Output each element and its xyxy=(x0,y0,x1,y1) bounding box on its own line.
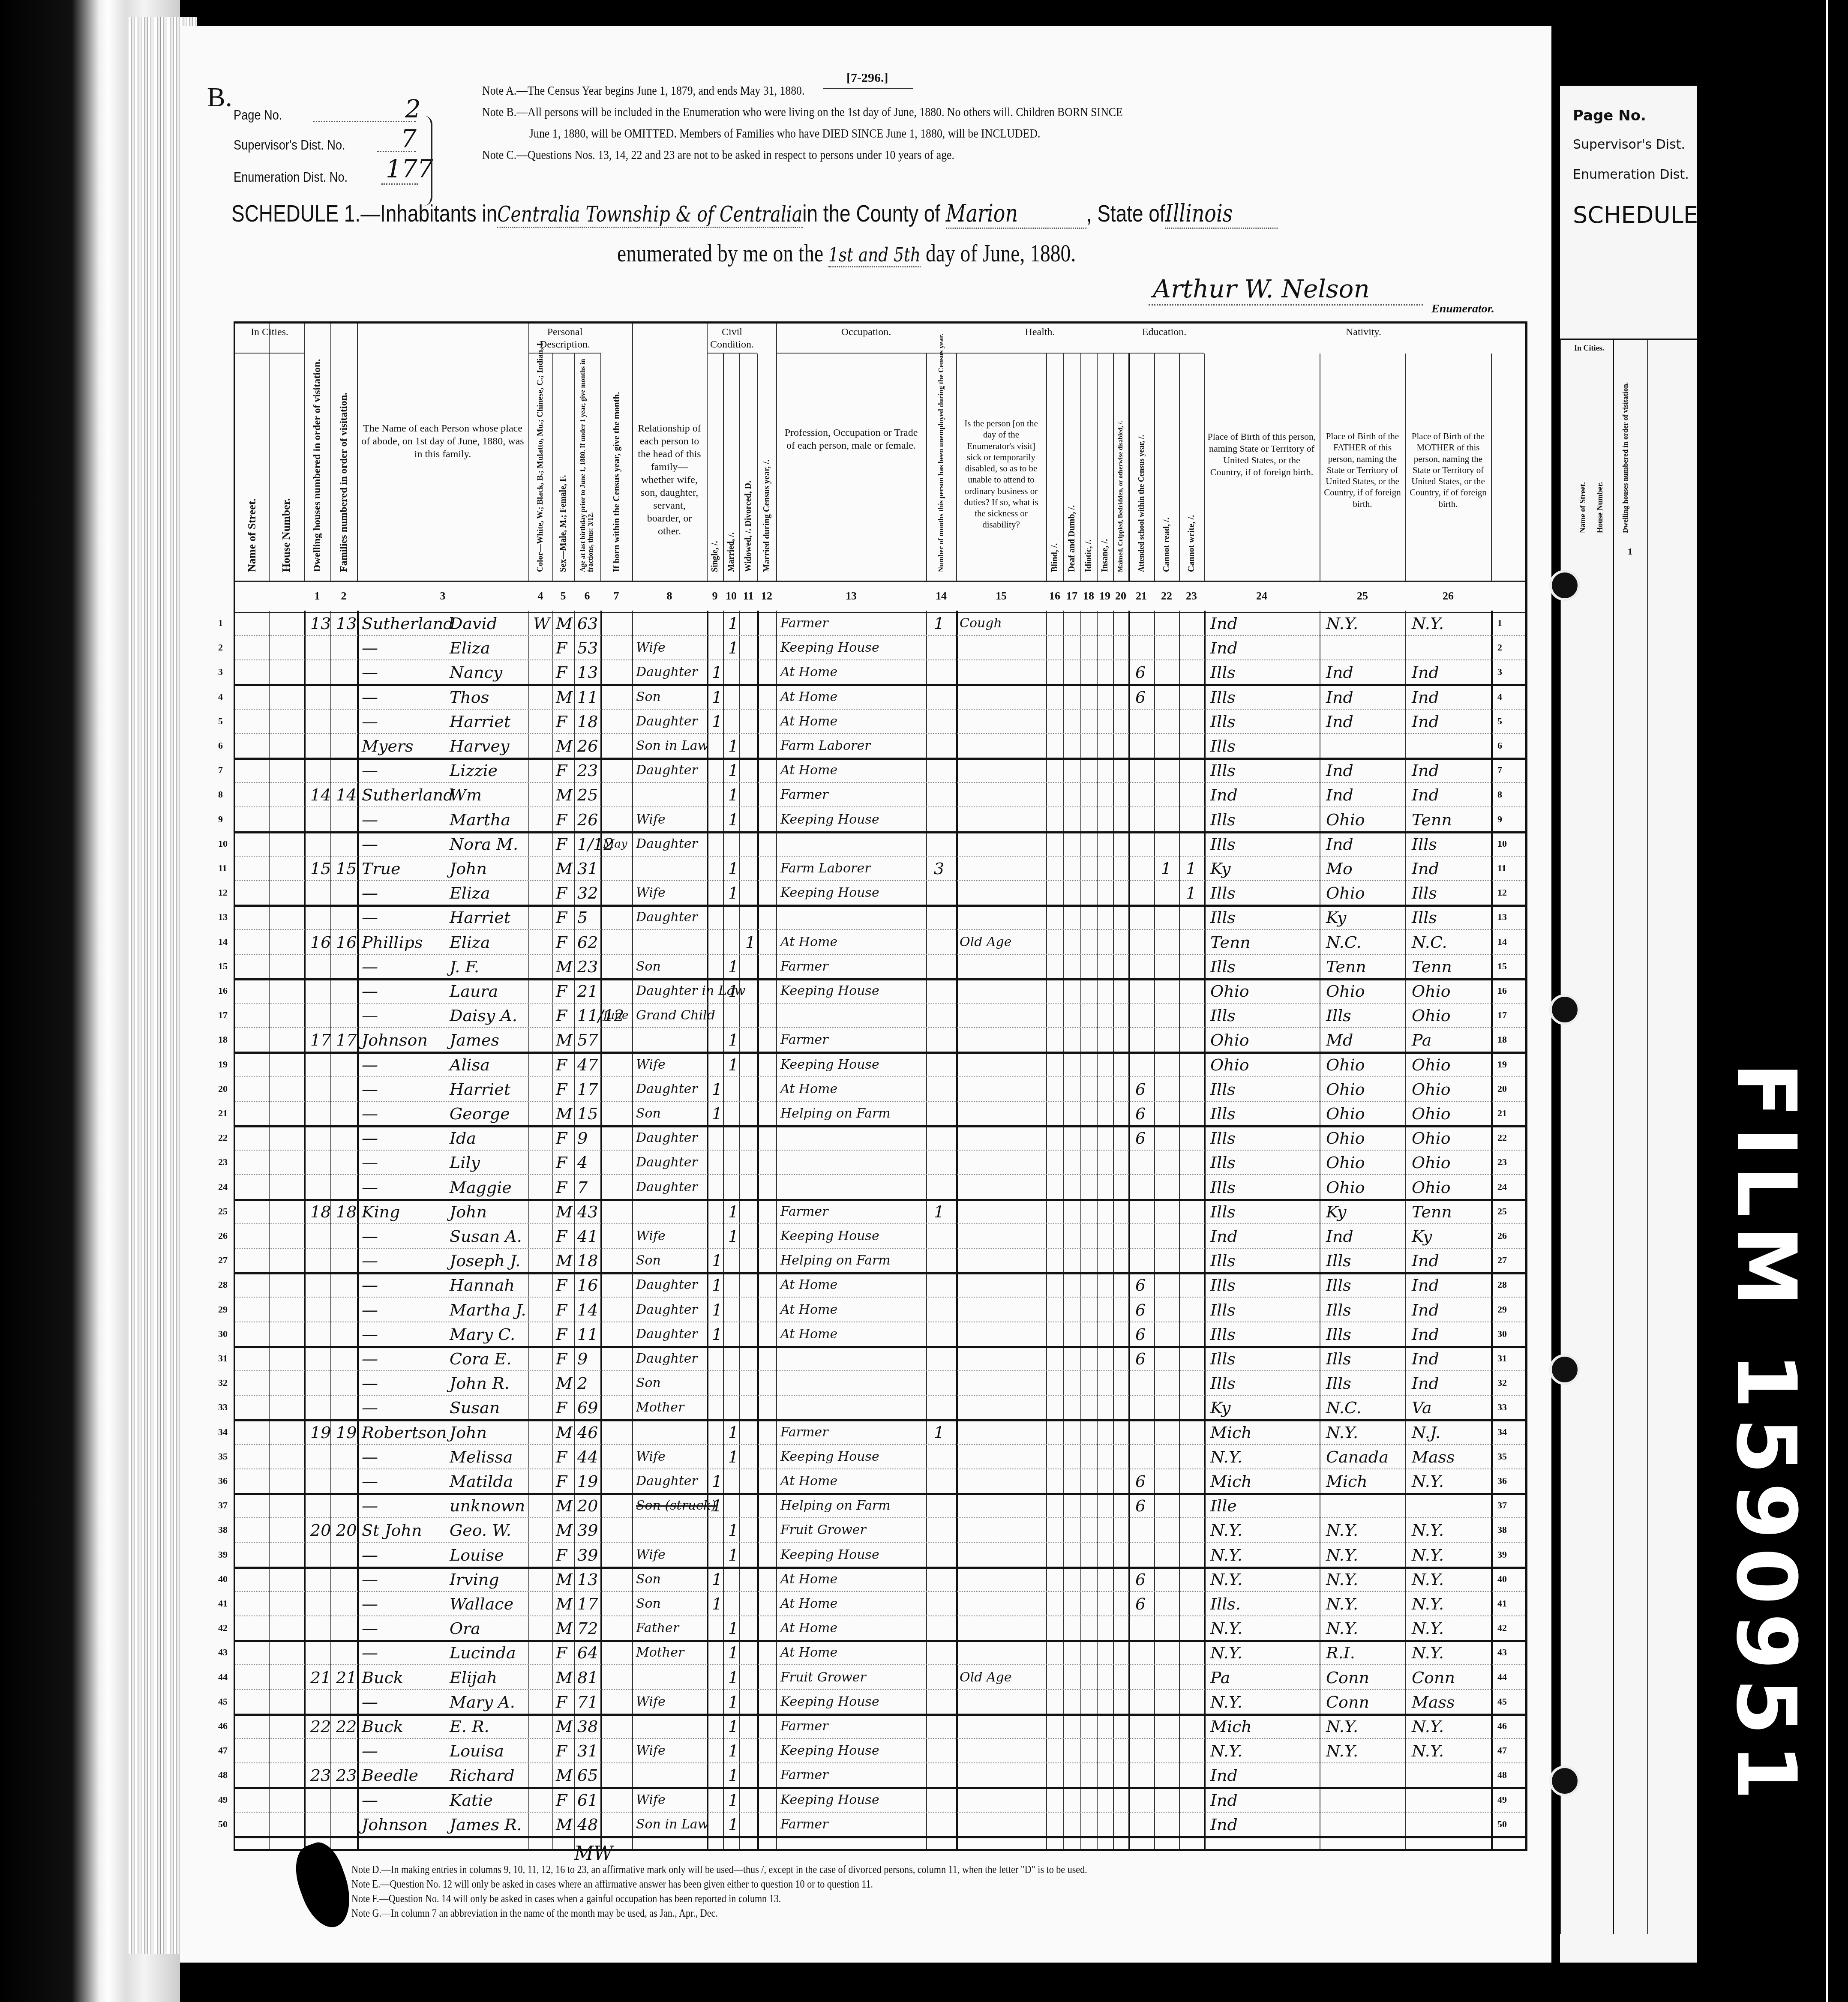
cell-occupation: Farmer xyxy=(780,1814,828,1835)
cell-sex: F xyxy=(556,1447,567,1467)
table-row: 4545—Mary A.F71Wife1Keeping HouseN.Y.Con… xyxy=(235,1689,1525,1716)
cell-relationship: Daughter xyxy=(636,1275,698,1295)
row-number: 21 xyxy=(218,1108,228,1119)
cell-sex: F xyxy=(556,1177,567,1198)
cell-surname: — xyxy=(362,1373,378,1394)
colnum-14: 14 xyxy=(926,590,956,602)
cell-sex: F xyxy=(556,932,567,953)
row-number-right: 3 xyxy=(1497,666,1502,677)
cell-birthplace: Ky xyxy=(1210,858,1230,879)
row-number: 28 xyxy=(218,1279,228,1290)
rp-dwelling: Dwelling houses numbered in order of vis… xyxy=(1621,370,1638,533)
cell-born-month: May xyxy=(603,834,627,854)
cell-single: 1 xyxy=(712,662,722,683)
row-number: 45 xyxy=(218,1696,228,1707)
row-number-right: 6 xyxy=(1497,740,1502,751)
cell-birthplace: Ills xyxy=(1210,1079,1236,1100)
cell-sex: M xyxy=(556,613,573,634)
cell-single: 1 xyxy=(712,1496,722,1516)
cell-relationship: Wife xyxy=(636,1741,666,1761)
footer-note-f: Note F.—Question No. 14 will only be ask… xyxy=(351,1892,781,1905)
cell-sex: M xyxy=(556,1594,573,1614)
row-number-right: 45 xyxy=(1497,1696,1507,1707)
cell-sex: F xyxy=(556,1790,567,1810)
cell-surname: — xyxy=(362,1642,378,1663)
cell-given-name: Katie xyxy=(450,1790,493,1810)
cell-married: 1 xyxy=(728,1055,738,1075)
cell-birthplace: N.Y. xyxy=(1210,1447,1242,1467)
cell-given-name: Nora M. xyxy=(450,834,518,854)
cell-birthplace: Ohio xyxy=(1210,1055,1249,1075)
cell-given-name: George xyxy=(450,1103,510,1124)
cell-sex: F xyxy=(556,907,567,928)
cell-father-birthplace: Ills xyxy=(1326,1324,1351,1345)
cell-relationship: Son xyxy=(636,1103,661,1124)
cell-dwelling: 18 xyxy=(310,1202,331,1222)
cell-given-name: Hannah xyxy=(450,1275,515,1295)
cell-family: 19 xyxy=(336,1422,357,1443)
cell-single: 1 xyxy=(712,1103,722,1124)
cell-mother-birthplace: Ohio xyxy=(1412,1177,1451,1198)
cell-mother-birthplace: Ills xyxy=(1412,834,1437,854)
cell-father-birthplace: Ills xyxy=(1326,1349,1351,1369)
row-number-right: 27 xyxy=(1497,1255,1507,1266)
cell-birthplace: Ind xyxy=(1210,1790,1238,1810)
cell-surname: — xyxy=(362,1545,378,1565)
cell-father-birthplace: Ohio xyxy=(1326,1103,1365,1124)
col-birthplace: Place of Birth of this person, naming St… xyxy=(1204,354,1320,581)
cell-married: 1 xyxy=(728,1202,738,1222)
cell-age: 43 xyxy=(577,1202,598,1222)
cell-occupation: Farmer xyxy=(780,1765,828,1786)
cell-widowed: 1 xyxy=(745,932,756,953)
row-number: 30 xyxy=(218,1328,228,1340)
colnum-8: 8 xyxy=(632,590,707,602)
state-name: Illinois xyxy=(1165,200,1278,229)
enum-days: 1st and 5th xyxy=(828,244,921,267)
cell-dwelling: 13 xyxy=(310,613,331,634)
table-row: 2020—HarrietF17Daughter1At Home6IllsOhio… xyxy=(235,1076,1525,1102)
table-row: 1313—HarrietF5DaughterIllsKyIlls xyxy=(235,905,1525,930)
cell-given-name: Geo. W. xyxy=(450,1520,511,1540)
cell-mother-birthplace: Ind xyxy=(1412,1373,1439,1394)
cell-surname: — xyxy=(362,687,378,707)
colnum-7: 7 xyxy=(600,590,632,602)
row-number-right: 20 xyxy=(1497,1083,1507,1094)
row-number-right: 38 xyxy=(1497,1524,1507,1535)
cell-cannot-write: 1 xyxy=(1186,858,1196,879)
enumerator-label: Enumerator. xyxy=(1431,302,1494,316)
row-number: 35 xyxy=(218,1451,228,1462)
cell-given-name: J. F. xyxy=(450,956,479,977)
cell-given-name: John xyxy=(450,858,487,879)
cell-occupation: Farm Laborer xyxy=(780,736,871,756)
cell-mother-birthplace: Tenn xyxy=(1412,1202,1452,1222)
cell-relationship: Daughter xyxy=(636,1079,698,1100)
cell-occupation: Farmer xyxy=(780,613,828,634)
cell-given-name: Susan A. xyxy=(450,1226,522,1247)
cell-married: 1 xyxy=(728,1692,738,1712)
cell-given-name: Joseph J. xyxy=(450,1250,520,1271)
table-row: 38382020St JohnGeo. W.M391Fruit GrowerN.… xyxy=(235,1517,1525,1543)
cell-age: 23 xyxy=(577,760,598,781)
colnum-10: 10 xyxy=(723,590,739,602)
cell-sex: M xyxy=(556,1716,573,1737)
row-number: 11 xyxy=(218,863,227,874)
cell-age: 16 xyxy=(577,1275,598,1295)
cell-dwelling: 23 xyxy=(310,1765,331,1786)
cell-sex: F xyxy=(556,1471,567,1492)
row-number-right: 33 xyxy=(1497,1402,1507,1413)
row-number: 29 xyxy=(218,1304,228,1315)
cell-sex: F xyxy=(556,1300,567,1320)
cell-father-birthplace: Ohio xyxy=(1326,1128,1365,1148)
cell-family: 15 xyxy=(336,858,357,879)
cell-given-name: Cora E. xyxy=(450,1349,512,1369)
cell-age: 31 xyxy=(577,1741,598,1761)
cell-surname: Johnson xyxy=(362,1814,428,1835)
page-no-value: 2 xyxy=(405,94,421,123)
cell-mother-birthplace: N.Y. xyxy=(1412,1618,1444,1639)
cell-months-unemployed: 1 xyxy=(934,1202,944,1222)
cell-relationship: Wife xyxy=(636,1790,666,1810)
table-row: 22—ElizaF53Wife1Keeping HouseInd xyxy=(235,635,1525,660)
cell-occupation: Farmer xyxy=(780,1716,828,1737)
table-row: 14141616PhillipsElizaF621At HomeOld AgeT… xyxy=(235,929,1525,955)
cell-father-birthplace: N.Y. xyxy=(1326,1741,1358,1761)
table-row: 4141—WallaceM17Son1At Home6Ills.N.Y.N.Y. xyxy=(235,1591,1525,1616)
cell-mother-birthplace: N.Y. xyxy=(1412,1594,1444,1614)
footer-note-d: Note D.—In making entries in columns 9, … xyxy=(351,1863,1087,1876)
cell-father-birthplace: Mich xyxy=(1326,1471,1368,1492)
row-number-right: 13 xyxy=(1497,911,1507,923)
cell-sickness: Cough xyxy=(960,613,1002,634)
col-house-number: House Number. xyxy=(269,324,305,581)
cell-birthplace: Ills xyxy=(1210,736,1236,756)
cell-family: 13 xyxy=(336,613,357,634)
cell-married: 1 xyxy=(728,1790,738,1810)
cell-age: 9 xyxy=(577,1128,588,1148)
colnum-5: 5 xyxy=(552,590,574,602)
cell-mother-birthplace: N.J. xyxy=(1412,1422,1440,1443)
cell-birthplace: N.Y. xyxy=(1210,1618,1242,1639)
cell-age: 38 xyxy=(577,1716,598,1737)
cell-age: 23 xyxy=(577,956,598,977)
row-number-right: 19 xyxy=(1497,1059,1507,1070)
row-number: 25 xyxy=(218,1206,228,1217)
colnum-15: 15 xyxy=(956,590,1046,602)
cell-father-birthplace: Mo xyxy=(1326,858,1353,879)
table-row: 4040—IrvingM13Son1At Home6N.Y.N.Y.N.Y. xyxy=(235,1567,1525,1592)
table-row: 48482323BeedleRichardM651FarmerInd xyxy=(235,1762,1525,1789)
cell-mother-birthplace: Ohio xyxy=(1412,1128,1451,1148)
cell-mother-birthplace: Ohio xyxy=(1412,1055,1451,1075)
cell-age: 2 xyxy=(577,1373,588,1394)
cell-father-birthplace: N.Y. xyxy=(1326,1422,1358,1443)
form-code: [7-296.] xyxy=(846,71,888,85)
cell-surname: — xyxy=(362,1079,378,1100)
cell-surname: Robertson xyxy=(362,1422,447,1443)
cell-relationship: Wife xyxy=(636,1055,666,1075)
row-number: 8 xyxy=(218,789,223,800)
cell-age: 81 xyxy=(577,1667,598,1688)
group-occupation: Occupation. xyxy=(776,324,956,354)
row-number: 14 xyxy=(218,936,228,947)
row-number-right: 46 xyxy=(1497,1720,1507,1732)
cell-mother-birthplace: Ind xyxy=(1412,1349,1439,1369)
cell-father-birthplace: Conn xyxy=(1326,1667,1369,1688)
cell-age: 5 xyxy=(577,907,588,928)
cell-mother-birthplace: Ind xyxy=(1412,1324,1439,1345)
row-number: 19 xyxy=(218,1059,228,1070)
cell-color: W xyxy=(533,613,550,634)
cell-age: 63 xyxy=(577,613,598,634)
margin-mark: MW xyxy=(574,1843,613,1864)
cell-father-birthplace: N.Y. xyxy=(1326,1716,1358,1737)
cell-birthplace: Ills xyxy=(1210,1005,1236,1026)
cell-family: 22 xyxy=(336,1716,357,1737)
cell-sex: M xyxy=(556,1422,573,1443)
col-blind: Blind, /. xyxy=(1046,354,1064,581)
cell-mother-birthplace: Ohio xyxy=(1412,981,1451,1001)
cell-surname: — xyxy=(362,1618,378,1639)
cell-given-name: John xyxy=(450,1202,487,1222)
row-number: 9 xyxy=(218,814,223,825)
table-row: 55—HarrietF18Daughter1At HomeIllsIndInd xyxy=(235,709,1525,734)
row-number: 20 xyxy=(218,1083,228,1094)
cell-attended-school: 6 xyxy=(1135,1496,1146,1516)
cell-mother-birthplace: Ohio xyxy=(1412,1152,1451,1173)
table-row: 3737—unknownM20Son (struck)1Helping on F… xyxy=(235,1493,1525,1518)
row-number: 32 xyxy=(218,1377,228,1388)
table-row: 99—MarthaF26Wife1Keeping HouseIllsOhioTe… xyxy=(235,807,1525,833)
cell-mother-birthplace: N.Y. xyxy=(1412,1520,1444,1540)
cell-sex: M xyxy=(556,858,573,879)
cell-occupation: At Home xyxy=(780,1275,837,1295)
cell-surname: — xyxy=(362,809,378,830)
cell-relationship: Wife xyxy=(636,638,666,658)
row-number: 36 xyxy=(218,1475,228,1487)
cell-relationship: Daughter xyxy=(636,711,698,732)
header-brace xyxy=(422,116,432,206)
cell-relationship: Son xyxy=(636,687,661,707)
cell-mother-birthplace: Tenn xyxy=(1412,809,1452,830)
signature-line xyxy=(1149,304,1423,306)
cell-single: 1 xyxy=(712,1079,722,1100)
cell-age: 72 xyxy=(577,1618,598,1639)
cell-married: 1 xyxy=(728,981,738,1001)
cell-birthplace: Ills xyxy=(1210,662,1236,683)
cell-married: 1 xyxy=(728,760,738,781)
cell-relationship: Wife xyxy=(636,1692,666,1712)
cell-mother-birthplace: N.Y. xyxy=(1412,1471,1444,1492)
row-number-right: 11 xyxy=(1497,863,1506,874)
row-number-right: 8 xyxy=(1497,789,1502,800)
cell-given-name: Mary A. xyxy=(450,1692,515,1712)
row-number: 4 xyxy=(218,691,223,702)
cell-relationship: Wife xyxy=(636,883,666,903)
cell-married: 1 xyxy=(728,613,738,634)
col-age: Age at last birthday prior to June 1, 18… xyxy=(574,354,601,581)
row-number-right: 42 xyxy=(1497,1622,1507,1633)
cell-given-name: Daisy A. xyxy=(450,1005,517,1026)
cell-mother-birthplace: Ohio xyxy=(1412,1079,1451,1100)
schedule-prefix: SCHEDULE 1.—Inhabitants in xyxy=(231,200,497,227)
col-sickness: Is the person [on the day of the Enumera… xyxy=(956,354,1047,581)
cell-given-name: Ora xyxy=(450,1618,480,1639)
cell-birthplace: Ind xyxy=(1210,638,1238,658)
cell-mother-birthplace: Ills xyxy=(1412,907,1437,928)
cell-surname: — xyxy=(362,956,378,977)
cell-occupation: Farmer xyxy=(780,1202,828,1222)
cell-father-birthplace: Ky xyxy=(1326,907,1346,928)
col-color: Color—White, W.; Black, B.; Mulatto, Mu.… xyxy=(528,354,553,581)
cell-occupation: Keeping House xyxy=(780,809,879,830)
cell-family: 20 xyxy=(336,1520,357,1540)
cell-given-name: John xyxy=(450,1422,487,1443)
table-row: 4343—LucindaF64Mother1At HomeN.Y.R.I.N.Y… xyxy=(235,1640,1525,1665)
cell-age: 32 xyxy=(577,883,598,903)
cell-sex: M xyxy=(556,1030,573,1050)
cell-father-birthplace: Ohio xyxy=(1326,809,1365,830)
row-number: 33 xyxy=(218,1402,228,1413)
cell-given-name: Mary C. xyxy=(450,1324,515,1345)
cell-given-name: Alisa xyxy=(450,1055,490,1075)
cell-birthplace: Ills xyxy=(1210,1128,1236,1148)
cell-relationship: Daughter xyxy=(636,834,698,854)
cell-family: 23 xyxy=(336,1765,357,1786)
cell-sex: M xyxy=(556,1496,573,1516)
col-relationship: Relationship of each person to the head … xyxy=(632,324,708,581)
cell-birthplace: Ills xyxy=(1210,687,1236,707)
table-row: 1717—Daisy A.F11/12JuneGrand ChildIllsIl… xyxy=(235,1003,1525,1028)
cell-mother-birthplace: Mass xyxy=(1412,1447,1455,1467)
cell-given-name: Wallace xyxy=(450,1594,513,1614)
cell-surname: Buck xyxy=(362,1667,403,1688)
cell-surname: — xyxy=(362,1397,378,1418)
cell-occupation: Keeping House xyxy=(780,1692,879,1712)
cell-occupation: Keeping House xyxy=(780,638,879,658)
col-married-census-year: Married during Census year, /. xyxy=(757,324,777,581)
cell-sex: F xyxy=(556,711,567,732)
colnum-25: 25 xyxy=(1320,590,1405,602)
cell-birthplace: N.Y. xyxy=(1210,1692,1242,1712)
cell-birthplace: Tenn xyxy=(1210,932,1251,953)
row-number: 23 xyxy=(218,1157,228,1168)
col-dwelling: Dwelling houses numbered in order of vis… xyxy=(304,324,331,581)
cell-occupation: Keeping House xyxy=(780,1545,879,1565)
cell-given-name: James R. xyxy=(450,1814,522,1835)
cell-sex: F xyxy=(556,1152,567,1173)
cell-sex: M xyxy=(556,1250,573,1271)
cell-surname: King xyxy=(362,1202,400,1222)
cell-father-birthplace: Ills xyxy=(1326,1250,1351,1271)
cell-dwelling: 19 xyxy=(310,1422,331,1443)
cell-father-birthplace: N.C. xyxy=(1326,932,1362,953)
cell-married: 1 xyxy=(728,883,738,903)
table-row: 44442121BuckElijahM811Fruit GrowerOld Ag… xyxy=(235,1665,1525,1690)
cell-sex: F xyxy=(556,1079,567,1100)
row-number-right: 22 xyxy=(1497,1132,1507,1143)
rp-house: House Number. xyxy=(1596,370,1613,533)
row-number: 48 xyxy=(218,1769,228,1780)
cell-father-birthplace: Ohio xyxy=(1326,1055,1365,1075)
cell-occupation: At Home xyxy=(780,1300,837,1320)
cell-married: 1 xyxy=(728,858,738,879)
cell-relationship: Daughter xyxy=(636,1324,698,1345)
cell-birthplace: Ills xyxy=(1210,907,1236,928)
cell-given-name: Irving xyxy=(450,1569,499,1590)
cell-occupation: Keeping House xyxy=(780,1790,879,1810)
cell-attended-school: 6 xyxy=(1135,1103,1146,1124)
row-number: 40 xyxy=(218,1573,228,1585)
row-number: 41 xyxy=(218,1598,228,1609)
rp-street: Name of Street. xyxy=(1578,370,1596,533)
cell-sex: F xyxy=(556,883,567,903)
cell-father-birthplace: N.C. xyxy=(1326,1397,1362,1418)
colnum-21: 21 xyxy=(1128,590,1154,602)
table-row: 46462222BuckE. R.M381FarmerMichN.Y.N.Y. xyxy=(235,1714,1525,1739)
cell-birthplace: Ills xyxy=(1210,956,1236,977)
cell-father-birthplace: N.Y. xyxy=(1326,1594,1358,1614)
cell-given-name: James xyxy=(450,1030,499,1050)
page-no-line xyxy=(313,121,416,122)
cell-sex: M xyxy=(556,1569,573,1590)
table-row: 3030—Mary C.F11Daughter1At Home6IllsIlls… xyxy=(235,1322,1525,1348)
cell-birthplace: N.Y. xyxy=(1210,1741,1242,1761)
cell-occupation: Farmer xyxy=(780,785,828,805)
county-name: Marion xyxy=(946,200,1086,229)
col-widowed: Widowed, /. Divorced, D. xyxy=(739,354,758,581)
cell-relationship: Daughter xyxy=(636,907,698,928)
cell-age: 53 xyxy=(577,638,598,658)
cell-birthplace: Ills xyxy=(1210,1349,1236,1369)
cell-birthplace: Ills xyxy=(1210,1103,1236,1124)
colnum-12: 12 xyxy=(757,590,776,602)
cell-married: 1 xyxy=(728,785,738,805)
cell-given-name: Elijah xyxy=(450,1667,497,1688)
cell-birthplace: Ind xyxy=(1210,1765,1238,1786)
row-number: 5 xyxy=(218,716,223,727)
colnum-19: 19 xyxy=(1097,590,1113,602)
row-number: 16 xyxy=(218,985,228,996)
cell-father-birthplace: Ohio xyxy=(1326,1079,1365,1100)
cell-surname: Buck xyxy=(362,1716,403,1737)
cell-father-birthplace: Ind xyxy=(1326,687,1353,707)
cell-relationship: Wife xyxy=(636,1226,666,1247)
cell-family: 21 xyxy=(336,1667,357,1688)
cell-given-name: David xyxy=(450,613,497,634)
cell-surname: — xyxy=(362,1741,378,1761)
col-mother-birthplace: Place of Birth of the MOTHER of this per… xyxy=(1405,354,1492,581)
cell-single: 1 xyxy=(712,1300,722,1320)
cell-relationship: Daughter xyxy=(636,760,698,781)
cell-age: 21 xyxy=(577,981,598,1001)
cell-mother-birthplace: Pa xyxy=(1412,1030,1432,1050)
cell-occupation: At Home xyxy=(780,1471,837,1492)
cell-single: 1 xyxy=(712,1324,722,1345)
row-number-right: 30 xyxy=(1497,1328,1507,1340)
cell-surname: — xyxy=(362,907,378,928)
census-table: In Cities. Personal Description. Civil C… xyxy=(234,321,1527,1851)
cell-birthplace: Ills xyxy=(1210,1373,1236,1394)
cell-surname: — xyxy=(362,638,378,658)
cell-single: 1 xyxy=(712,1569,722,1590)
cell-given-name: Martha xyxy=(450,809,510,830)
cell-sex: F xyxy=(556,662,567,683)
cell-given-name: Maggie xyxy=(450,1177,512,1198)
cell-surname: — xyxy=(362,711,378,732)
